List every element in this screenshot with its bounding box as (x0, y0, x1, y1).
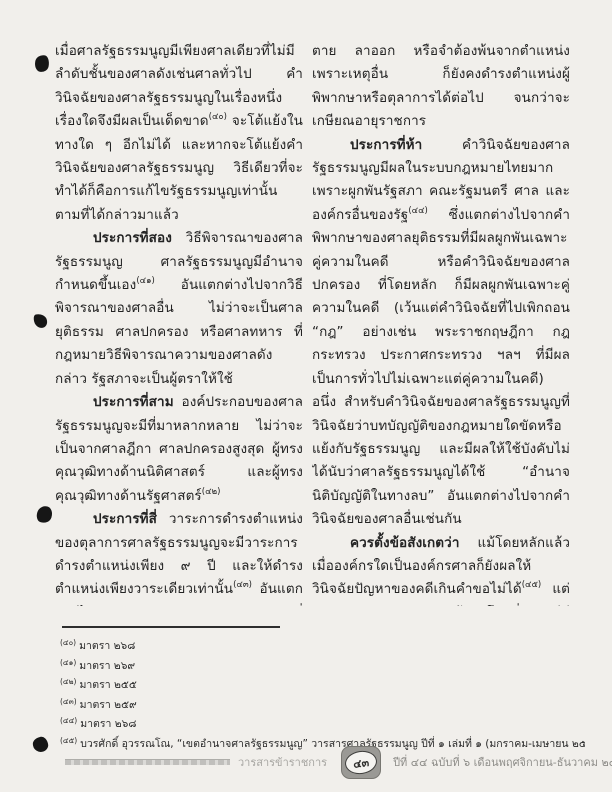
text-column-left: เมื่อศาลรัฐธรรมนูญมีเพียงศาลเดียวที่ไม่ม… (55, 40, 303, 606)
footnote-ref-44: (๔๔) (408, 206, 428, 216)
document-page: เมื่อศาลรัฐธรรมนูญมีเพียงศาลเดียวที่ไม่ม… (0, 0, 612, 792)
page-number-badge: ๔๓ (341, 746, 381, 779)
ink-smudge (35, 504, 55, 525)
footnote-marker: (๔๑) (60, 658, 76, 667)
footnote-text: มาตรา ๒๖๙ (79, 660, 135, 672)
paragraph-point-four-continued: ตาย ลาออก หรือจำต้องพ้นจากตำแหน่งเพราะเห… (312, 40, 570, 134)
paragraph-point-three: ประการที่สาม องค์ประกอบของศาลรัฐธรรมนูญจ… (55, 391, 303, 508)
paragraph-observation: ควรตั้งข้อสังเกตว่า แม้โดยหลักแล้ว เมื่อ… (312, 532, 570, 606)
footnote-text: มาตรา ๒๕๙ (80, 699, 137, 711)
footnote-ref-42: (๔๒) (202, 487, 221, 497)
paragraph-text: องค์ประกอบของศาลรัฐธรรมนูญจะมีที่มาหลากห… (55, 394, 303, 504)
footnote-text: มาตรา ๒๖๘ (79, 640, 135, 652)
footnote-marker: (๔๐) (60, 638, 76, 647)
paragraph-point-five: ประการที่ห้า คำวินิจฉัยของศาลรัฐธรรมนูญม… (312, 134, 570, 532)
paragraph-text: ตาย ลาออก หรือจำต้องพ้นจากตำแหน่งเพราะเห… (312, 43, 570, 129)
footnote-43: (๔๓)มาตรา ๒๕๙ (60, 694, 585, 714)
footnote-marker: (๔๒) (60, 677, 76, 686)
footnotes-section: (๔๐)มาตรา ๒๖๘ (๔๑)มาตรา ๒๖๙ (๔๒)มาตรา ๒๕… (60, 635, 585, 752)
issue-info: ปีที่ ๔๔ ฉบับที่ ๖ เดือนพฤศจิกายน-ธันวาค… (393, 753, 612, 771)
footnote-41: (๔๑)มาตรา ๒๖๙ (60, 655, 585, 675)
footnote-marker: (๔๕) (60, 736, 77, 745)
paragraph-lead: ประการที่สอง (93, 230, 172, 246)
paragraph-text: ซึ่งแตกต่างไปจากคำพิพากษาของศาลยุติธรรมท… (312, 207, 570, 527)
paragraph-lead: ประการที่ห้า (350, 137, 422, 153)
ink-smudge (33, 313, 47, 328)
page-footer: วารสารข้าราชการ ๔๓ ปีที่ ๔๔ ฉบับที่ ๖ เด… (65, 745, 585, 779)
text-column-right: ตาย ลาออก หรือจำต้องพ้นจากตำแหน่งเพราะเห… (312, 40, 570, 606)
footnote-ref-40: (๔๐) (209, 112, 227, 122)
footnote-text: มาตรา ๒๕๕ (79, 679, 136, 691)
footnote-divider (62, 626, 280, 628)
journal-name: วารสารข้าราชการ (238, 753, 327, 771)
footnote-marker: (๔๔) (60, 716, 77, 725)
paragraph-lead: ประการที่สี่ (93, 511, 157, 527)
footnote-text: มาตรา ๒๖๘ (80, 718, 136, 730)
footnote-42: (๔๒)มาตรา ๒๕๕ (60, 674, 585, 694)
paragraph-point-four: ประการที่สี่ วาระการดำรงตำแหน่งของตุลากา… (55, 508, 303, 606)
footnote-ref-45: (๔๕) (522, 580, 542, 590)
paragraph-lead: ประการที่สาม (93, 394, 174, 410)
footnote-40: (๔๐)มาตรา ๒๖๘ (60, 635, 585, 655)
ink-smudge (34, 54, 51, 73)
paragraph-lead: ควรตั้งข้อสังเกตว่า (350, 535, 460, 551)
page-number: ๔๓ (344, 748, 379, 775)
footnote-44: (๔๔)มาตรา ๒๖๘ (60, 713, 585, 733)
footer-rule-left (65, 759, 230, 765)
footnote-marker: (๔๓) (60, 697, 77, 706)
paragraph-continued-from-previous-page: เมื่อศาลรัฐธรรมนูญมีเพียงศาลเดียวที่ไม่ม… (55, 40, 303, 227)
paragraph-text: จะโต้แย้งในทางใด ๆ อีกไม่ได้ และหากจะโต้… (55, 113, 303, 223)
footnote-ref-43: (๔๓) (233, 580, 252, 590)
footnote-ref-41: (๔๑) (136, 276, 154, 286)
paragraph-point-two: ประการที่สอง วิธีพิจารณาของศาลรัฐธรรมนูญ… (55, 227, 303, 391)
paragraph-text: อันแตกต่างไปจากวิธีพิจารณาของศาลอื่น ไม่… (55, 277, 303, 387)
ink-smudge (32, 736, 50, 754)
